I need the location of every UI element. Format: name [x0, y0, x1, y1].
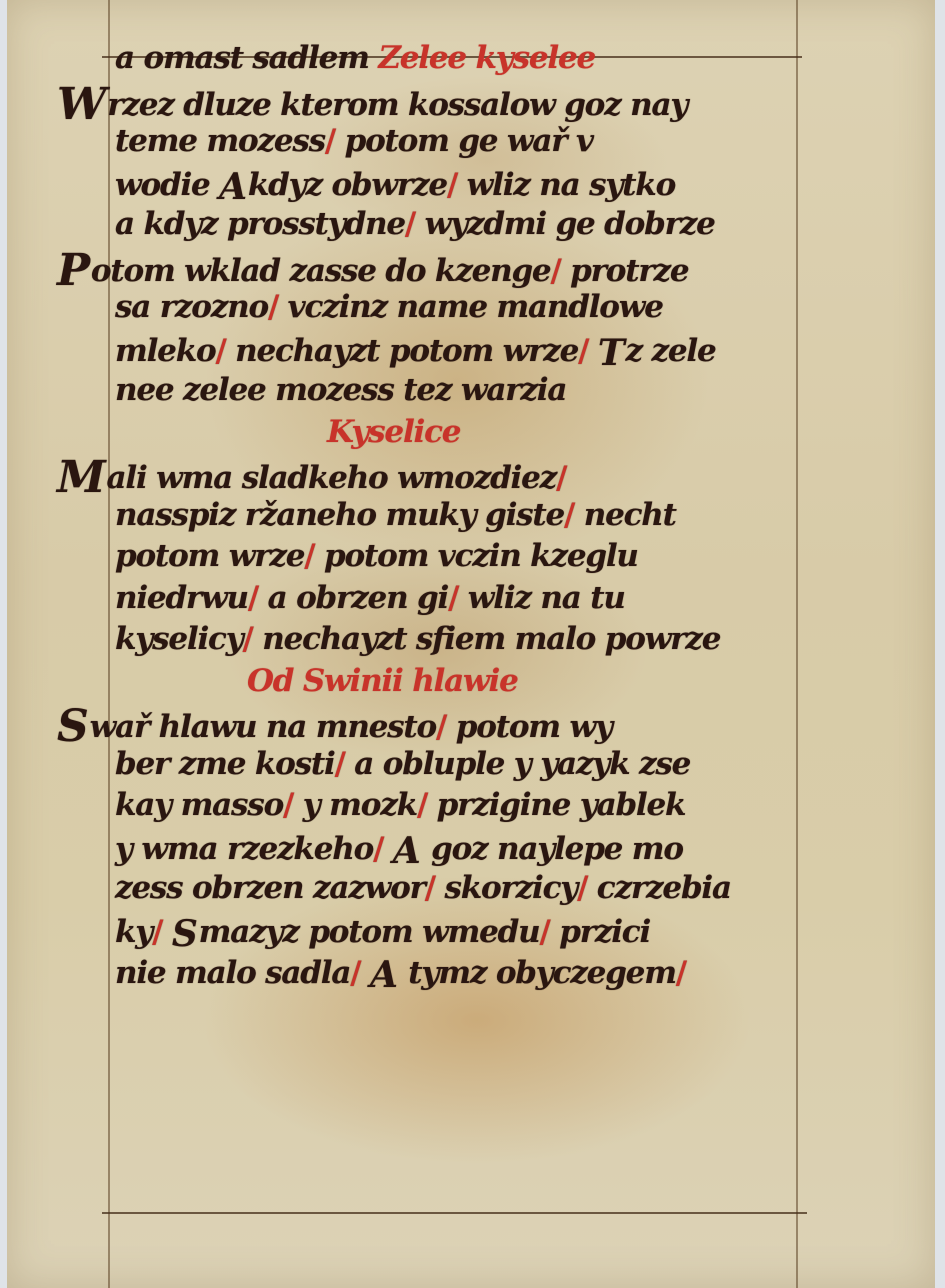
rubric-heading: Od Swinii hlawie — [57, 661, 847, 703]
text-segment: sa rzozno — [115, 289, 268, 325]
red-punctuation-mark: / — [373, 831, 383, 867]
red-punctuation-mark: / — [405, 206, 415, 242]
red-punctuation-mark: / — [436, 709, 446, 745]
text-segment: zess obrzen zazwor — [115, 870, 425, 906]
red-punctuation-mark: / — [676, 955, 686, 991]
text-segment: a omast sadlem — [115, 40, 378, 76]
text-segment: necht — [574, 497, 676, 533]
text-segment: mazyz potom wmedu — [199, 914, 540, 950]
manuscript-line: a omast sadlem Zelee kyselee — [57, 38, 847, 80]
manuscript-line: y wma rzezkeho/ A goz naylepe mo — [57, 827, 847, 869]
text-segment: teme mozess — [115, 123, 325, 159]
text-segment: potom wy — [446, 709, 612, 745]
decorated-initial: A — [393, 831, 420, 873]
rubric-text: Zelee kyselee — [378, 40, 595, 76]
text-segment — [360, 955, 370, 991]
red-punctuation-mark: / — [243, 621, 253, 657]
rubric-text: Kyselice — [327, 414, 460, 450]
red-punctuation-mark: / — [335, 746, 345, 782]
text-segment: przigine yablek — [427, 787, 685, 823]
red-punctuation-mark: / — [248, 580, 258, 616]
text-segment: protrze — [561, 253, 689, 289]
text-segment: z zele — [625, 333, 715, 369]
red-punctuation-mark: / — [215, 333, 225, 369]
text-segment: ali wma sladkeho wmozdiez — [107, 460, 557, 496]
text-segment: wyzdmi ge dobrze — [415, 206, 715, 242]
text-segment: y mozk — [293, 787, 417, 823]
manuscript-line: kay masso/ y mozk/ przigine yablek — [57, 785, 847, 827]
decorated-initial: S — [172, 914, 197, 956]
text-segment: ber zme kosti — [115, 746, 335, 782]
manuscript-line: Potom wklad zasse do kzenge/ protrze — [57, 246, 847, 288]
text-segment: potom vczin kzeglu — [314, 538, 637, 574]
text-segment — [588, 333, 598, 369]
text-segment: kdyz obwrze — [248, 167, 447, 203]
text-segment: przici — [550, 914, 650, 950]
text-segment: tymz obyczegem — [399, 955, 676, 991]
text-segment: goz naylepe mo — [422, 831, 683, 867]
decorated-initial: P — [57, 250, 89, 292]
text-segment: czrzebia — [587, 870, 731, 906]
text-segment: vczinz name mandlowe — [278, 289, 663, 325]
rubric-heading: Kyselice — [57, 412, 847, 454]
text-segment: kyselicy — [115, 621, 243, 657]
text-segment: wliz na tu — [458, 580, 625, 616]
manuscript-page: a omast sadlem Zelee kyseleeWrzez dluze … — [7, 0, 935, 1288]
manuscript-text-block: a omast sadlem Zelee kyseleeWrzez dluze … — [57, 38, 847, 993]
manuscript-line: zess obrzen zazwor/ skorzicy/ czrzebia — [57, 868, 847, 910]
manuscript-line: nie malo sadla/ A tymz obyczegem/ — [57, 951, 847, 993]
red-punctuation-mark: / — [350, 955, 360, 991]
rubric-text: Od Swinii hlawie — [247, 663, 518, 699]
text-segment: nie malo sadla — [115, 955, 350, 991]
red-punctuation-mark: / — [283, 787, 293, 823]
manuscript-line: teme mozess/ potom ge wař v — [57, 121, 847, 163]
manuscript-line: sa rzozno/ vczinz name mandlowe — [57, 287, 847, 329]
text-segment: nechayzt potom wrze — [226, 333, 579, 369]
text-segment: nee zelee mozess tez warzia — [115, 372, 566, 408]
text-segment: potom ge wař v — [335, 123, 593, 159]
text-segment: wař hlawu na mnesto — [90, 709, 436, 745]
manuscript-line: niedrwu/ a obrzen gi/ wliz na tu — [57, 578, 847, 620]
manuscript-line: ky/ Smazyz potom wmedu/ przici — [57, 910, 847, 952]
text-segment: otom wklad zasse do kzenge — [91, 253, 551, 289]
text-segment: y wma rzezkeho — [115, 831, 373, 867]
red-punctuation-mark: / — [325, 123, 335, 159]
text-segment: a kdyz prosstydne — [115, 206, 405, 242]
manuscript-line: nasspiz ržaneho muky giste/ necht — [57, 495, 847, 537]
decorated-initial: W — [57, 84, 105, 126]
manuscript-line: a kdyz prosstydne/ wyzdmi ge dobrze — [57, 204, 847, 246]
manuscript-line: Swař hlawu na mnesto/ potom wy — [57, 702, 847, 744]
red-punctuation-mark: / — [304, 538, 314, 574]
text-segment: a obrzen gi — [258, 580, 448, 616]
text-segment: nasspiz ržaneho muky giste — [115, 497, 564, 533]
text-segment: wliz na sytko — [457, 167, 675, 203]
manuscript-line: ber zme kosti/ a obluple y yazyk zse — [57, 744, 847, 786]
text-segment: niedrwu — [115, 580, 248, 616]
red-punctuation-mark: / — [448, 580, 458, 616]
red-punctuation-mark: / — [556, 460, 566, 496]
text-segment: a obluple y yazyk zse — [345, 746, 690, 782]
manuscript-line: Mali wma sladkeho wmozdiez/ — [57, 453, 847, 495]
red-punctuation-mark: / — [152, 914, 162, 950]
red-punctuation-mark: / — [425, 870, 435, 906]
red-punctuation-mark: / — [550, 253, 560, 289]
decorated-initial: A — [219, 167, 246, 209]
bottom-ruling-line — [102, 1212, 807, 1214]
red-punctuation-mark: / — [577, 870, 587, 906]
text-segment: potom wrze — [115, 538, 304, 574]
manuscript-line: Wrzez dluze kterom kossalow goz nay — [57, 80, 847, 122]
decorated-initial: M — [57, 457, 105, 499]
text-segment: kay masso — [115, 787, 283, 823]
text-segment: nechayzt sfiem malo powrze — [253, 621, 721, 657]
text-segment — [162, 914, 172, 950]
red-punctuation-mark: / — [268, 289, 278, 325]
red-punctuation-mark: / — [564, 497, 574, 533]
manuscript-line: kyselicy/ nechayzt sfiem malo powrze — [57, 619, 847, 661]
red-punctuation-mark: / — [417, 787, 427, 823]
decorated-initial: T — [598, 333, 624, 375]
text-segment: skorzicy — [435, 870, 577, 906]
text-segment — [383, 831, 393, 867]
manuscript-line: mleko/ nechayzt potom wrze/ Tz zele — [57, 329, 847, 371]
red-punctuation-mark: / — [578, 333, 588, 369]
text-segment: rzez dluze kterom kossalow goz nay — [107, 87, 687, 123]
manuscript-line: wodie Akdyz obwrze/ wliz na sytko — [57, 163, 847, 205]
text-segment: ky — [115, 914, 152, 950]
red-punctuation-mark: / — [447, 167, 457, 203]
manuscript-line: nee zelee mozess tez warzia — [57, 370, 847, 412]
decorated-initial: S — [57, 706, 88, 748]
red-punctuation-mark: / — [540, 914, 550, 950]
text-segment: mleko — [115, 333, 215, 369]
text-segment: wodie — [115, 167, 219, 203]
manuscript-line: potom wrze/ potom vczin kzeglu — [57, 536, 847, 578]
decorated-initial: A — [370, 955, 397, 997]
